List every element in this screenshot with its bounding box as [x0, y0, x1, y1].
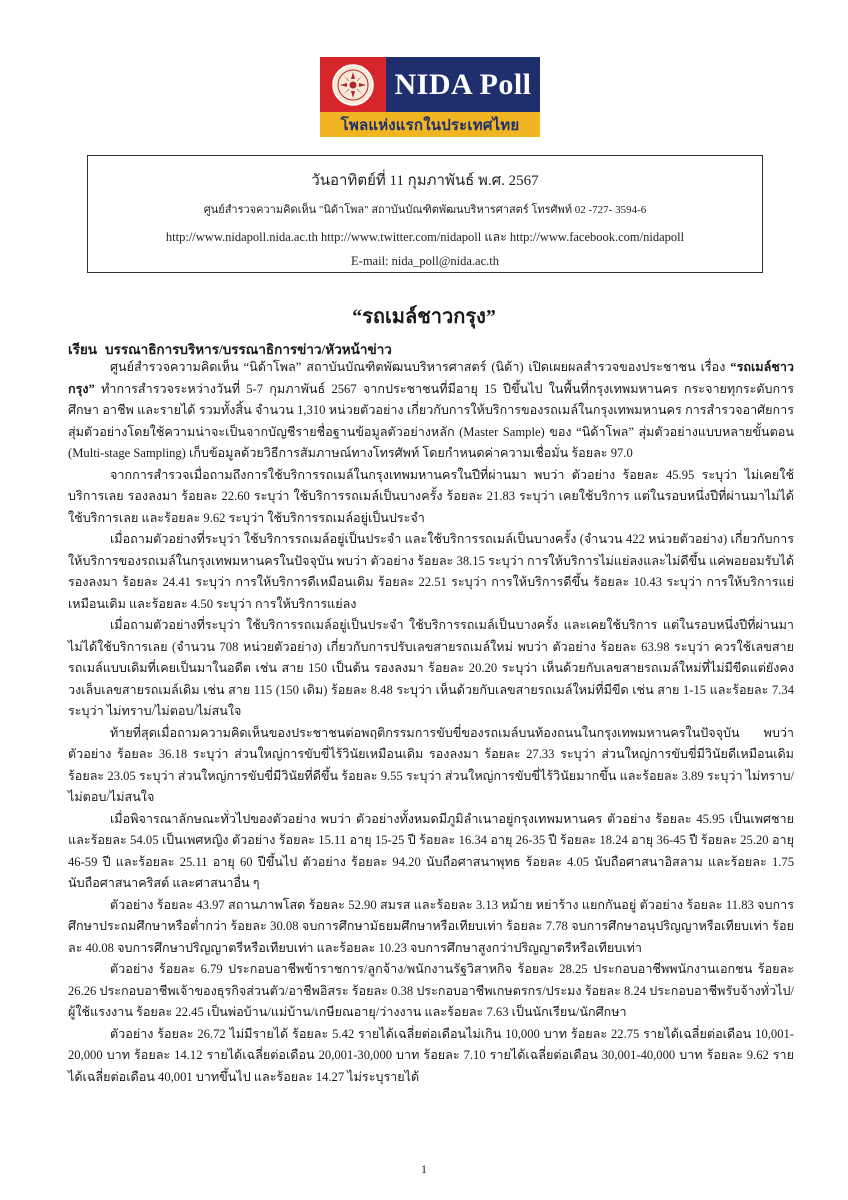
- paragraph-marital-education: ตัวอย่าง ร้อยละ 43.97 สถานภาพโสด ร้อยละ …: [68, 895, 794, 960]
- header-info-box: วันอาทิตย์ที่ 11 กุมภาพันธ์ พ.ศ. 2567 ศู…: [87, 155, 763, 273]
- page-number: 1: [0, 1162, 848, 1177]
- recipient-list: บรรณาธิการบริหาร/บรรณาธิการข่าว/หัวหน้าข…: [105, 342, 392, 357]
- document-title: “รถเมล์ชาวกรุง”: [0, 300, 848, 332]
- paragraph-service-quality: เมื่อถามตัวอย่างที่ระบุว่า ใช้บริการรถเม…: [68, 529, 794, 615]
- paragraph-demographics: เมื่อพิจารณาลักษณะทั่วไปของตัวอย่าง พบว่…: [68, 809, 794, 895]
- nida-poll-logo: NIDA Poll โพลแห่งแรกในประเทศไทย: [320, 57, 540, 137]
- release-date: วันอาทิตย์ที่ 11 กุมภาพันธ์ พ.ศ. 2567: [88, 168, 762, 192]
- paragraph-intro: ศูนย์สำรวจความคิดเห็น “นิด้าโพล” สถาบันบ…: [68, 357, 794, 465]
- website-links: http://www.nidapoll.nida.ac.th http://ww…: [88, 227, 762, 247]
- logo-name: NIDA Poll: [386, 57, 540, 112]
- paragraph-usage: จากการสำรวจเมื่อถามถึงการใช้บริการรถเมล์…: [68, 465, 794, 530]
- logo-tagline: โพลแห่งแรกในประเทศไทย: [320, 112, 540, 137]
- contact-email: E-mail: nida_poll@nida.ac.th: [88, 254, 762, 269]
- paragraph-driving-behavior: ท้ายที่สุดเมื่อถามความคิดเห็นของประชาชนต…: [68, 723, 794, 809]
- organization-contact: ศูนย์สำรวจความคิดเห็น "นิด้าโพล" สถาบันบ…: [88, 200, 762, 218]
- recipient-label: เรียน: [68, 342, 97, 357]
- intro-text-continued: ทำการสำรวจระหว่างวันที่ 5-7 กุมภาพันธ์ 2…: [68, 382, 794, 461]
- paragraph-route-numbers: เมื่อถามตัวอย่างที่ระบุว่า ใช้บริการรถเม…: [68, 615, 794, 723]
- intro-text: ศูนย์สำรวจความคิดเห็น “นิด้าโพล” สถาบันบ…: [110, 360, 730, 374]
- paragraph-occupation: ตัวอย่าง ร้อยละ 6.79 ประกอบอาชีพข้าราชกา…: [68, 959, 794, 1024]
- document-body: ศูนย์สำรวจความคิดเห็น “นิด้าโพล” สถาบันบ…: [68, 357, 794, 1088]
- nida-emblem-icon: [320, 57, 386, 112]
- paragraph-income: ตัวอย่าง ร้อยละ 26.72 ไม่มีรายได้ ร้อยละ…: [68, 1024, 794, 1089]
